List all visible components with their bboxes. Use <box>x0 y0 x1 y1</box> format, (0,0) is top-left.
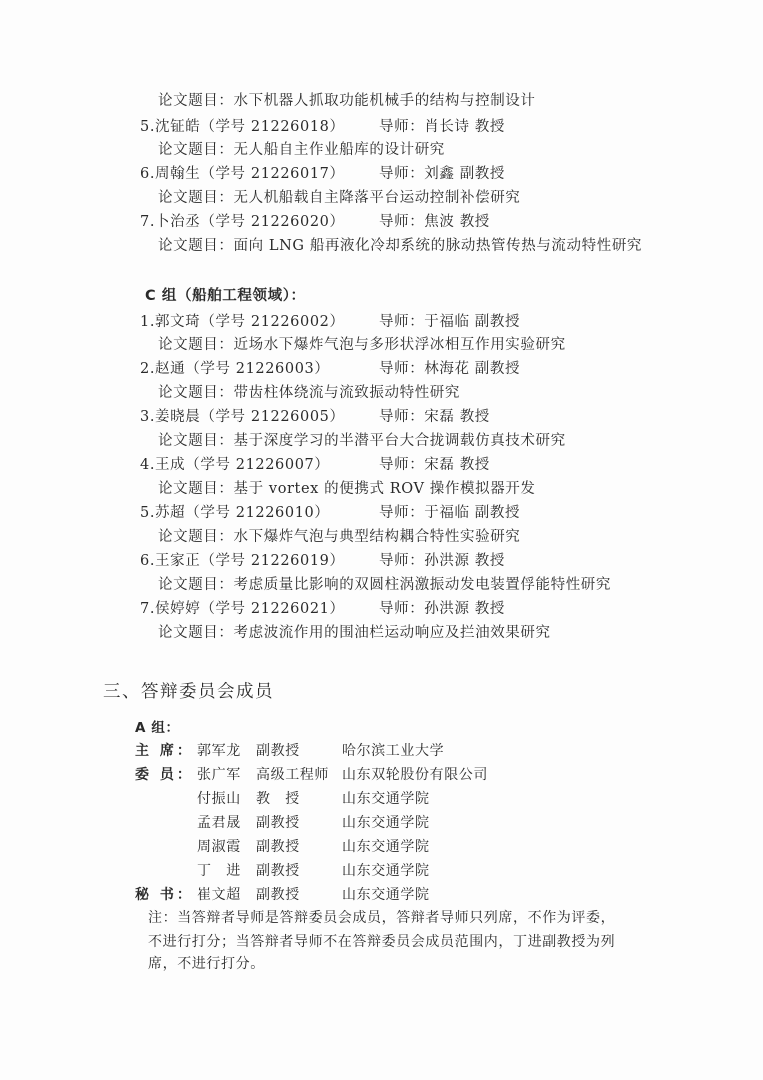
student-number: 5. <box>140 505 155 521</box>
member-org: 山东交通学院 <box>342 862 430 880</box>
thesis-title: 论文题目：基于 vortex 的便携式 ROV 操作模拟器开发 <box>158 480 536 498</box>
member-role: 秘 书： <box>135 886 195 904</box>
advisor: 导师：林海花 副教授 <box>379 360 520 378</box>
note-line: 注：当答辩者导师是答辩委员会成员，答辩者导师只列席，不作为评委， <box>148 909 615 927</box>
group-heading: C 组（船舶工程领域）： <box>145 287 306 305</box>
note-line: 席，不进行打分。 <box>148 955 265 973</box>
member-rank: 副教授 <box>256 862 300 880</box>
student-id: （学号 21226017） <box>200 166 344 182</box>
thesis-title: 论文题目：水下爆炸气泡与典型结构耦合特性实验研究 <box>158 528 520 546</box>
student-name: 侯婷婷 <box>155 601 200 617</box>
member-role: 委 员： <box>135 766 195 784</box>
student-number: 4. <box>140 457 155 473</box>
student-id: （学号 21226007） <box>185 457 329 473</box>
student-id: （学号 21226020） <box>200 214 344 230</box>
student-number: 6. <box>140 553 155 569</box>
student-entry: 6.王家正（学号 21226019） 导师：孙洪源 教授 <box>140 552 345 570</box>
note-line: 不进行打分；当答辩者导师不在答辩委员会成员范围内，丁进副教授为列 <box>148 933 615 951</box>
member-rank: 教 授 <box>256 790 300 808</box>
member-name: 丁 进 <box>197 862 257 880</box>
student-entry: 5.苏超（学号 21226010） 导师：于福临 副教授 <box>140 504 329 522</box>
student-name: 王家正 <box>155 553 200 569</box>
student-entry: 1.郭文琦（学号 21226002） 导师：于福临 副教授 <box>140 313 345 331</box>
advisor: 导师：焦波 教授 <box>379 213 490 231</box>
student-entry: 2.赵通（学号 21226003） 导师：林海花 副教授 <box>140 360 329 378</box>
member-rank: 副教授 <box>256 742 300 760</box>
student-name: 沈钲皓 <box>155 119 200 135</box>
advisor: 导师：孙洪源 教授 <box>379 552 505 570</box>
thesis-title: 论文题目：面向 LNG 船再液化冷却系统的脉动热管传热与流动特性研究 <box>158 237 642 255</box>
student-name: 姜晓晨 <box>155 409 200 425</box>
student-entry: 7.卜治丞（学号 21226020） 导师：焦波 教授 <box>140 213 345 231</box>
thesis-title: 论文题目：基于深度学习的半潜平台大合拢调载仿真技术研究 <box>158 432 566 450</box>
member-org: 哈尔滨工业大学 <box>342 742 444 760</box>
student-id: （学号 21226005） <box>200 409 344 425</box>
advisor: 导师：刘鑫 副教授 <box>379 165 505 183</box>
member-name: 付振山 <box>197 790 257 808</box>
advisor: 导师：宋磊 教授 <box>379 408 490 426</box>
member-org: 山东交通学院 <box>342 814 430 832</box>
student-id: （学号 21226019） <box>200 553 344 569</box>
thesis-title: 论文题目：近场水下爆炸气泡与多形状浮冰相互作用实验研究 <box>158 336 566 354</box>
advisor: 导师：宋磊 教授 <box>379 456 490 474</box>
thesis-title: 论文题目：无人机船载自主降落平台运动控制补偿研究 <box>158 189 520 207</box>
student-number: 5. <box>140 119 155 135</box>
member-role: 主 席： <box>135 742 195 760</box>
member-org: 山东交通学院 <box>342 886 430 904</box>
group-label: A 组： <box>135 719 180 737</box>
member-name: 崔文超 <box>197 886 257 904</box>
advisor: 导师：肖长诗 教授 <box>379 118 505 136</box>
student-id: （学号 21226018） <box>200 119 344 135</box>
member-name: 周淑霞 <box>197 838 257 856</box>
student-entry: 5.沈钲皓（学号 21226018） 导师：肖长诗 教授 <box>140 118 345 136</box>
advisor: 导师：于福临 副教授 <box>379 313 520 331</box>
student-id: （学号 21226021） <box>200 601 344 617</box>
student-entry: 4.王成（学号 21226007） 导师：宋磊 教授 <box>140 456 329 474</box>
student-number: 3. <box>140 409 155 425</box>
student-name: 王成 <box>155 457 185 473</box>
student-name: 周翰生 <box>155 166 200 182</box>
thesis-title: 论文题目：水下机器人抓取功能机械手的结构与控制设计 <box>158 92 536 110</box>
student-number: 7. <box>140 214 155 230</box>
student-name: 郭文琦 <box>155 314 200 330</box>
student-number: 2. <box>140 361 155 377</box>
student-id: （学号 21226010） <box>185 505 329 521</box>
student-name: 苏超 <box>155 505 185 521</box>
student-number: 1. <box>140 314 155 330</box>
student-number: 7. <box>140 601 155 617</box>
member-rank: 副教授 <box>256 838 300 856</box>
member-rank: 高级工程师 <box>256 766 329 784</box>
member-rank: 副教授 <box>256 814 300 832</box>
member-name: 孟君晟 <box>197 814 257 832</box>
advisor: 导师：孙洪源 教授 <box>379 600 505 618</box>
student-entry: 7.侯婷婷（学号 21226021） 导师：孙洪源 教授 <box>140 600 345 618</box>
thesis-title: 论文题目：考虑波流作用的围油栏运动响应及拦油效果研究 <box>158 624 551 642</box>
student-name: 赵通 <box>155 361 185 377</box>
student-id: （学号 21226003） <box>185 361 329 377</box>
student-entry: 6.周翰生（学号 21226017） 导师：刘鑫 副教授 <box>140 165 345 183</box>
student-number: 6. <box>140 166 155 182</box>
student-name: 卜治丞 <box>155 214 200 230</box>
member-rank: 副教授 <box>256 886 300 904</box>
member-name: 郭军龙 <box>197 742 257 760</box>
member-org: 山东双轮股份有限公司 <box>342 766 488 784</box>
student-entry: 3.姜晓晨（学号 21226005） 导师：宋磊 教授 <box>140 408 345 426</box>
advisor: 导师：于福临 副教授 <box>379 504 520 522</box>
student-id: （学号 21226002） <box>200 314 344 330</box>
member-org: 山东交通学院 <box>342 838 430 856</box>
member-name: 张广军 <box>197 766 257 784</box>
thesis-title: 论文题目：考虑质量比影响的双圆柱涡激振动发电装置俘能特性研究 <box>158 576 611 594</box>
section-heading: 三、答辩委员会成员 <box>103 683 274 701</box>
thesis-title: 论文题目：无人船自主作业船库的设计研究 <box>158 141 445 159</box>
member-org: 山东交通学院 <box>342 790 430 808</box>
thesis-title: 论文题目：带齿柱体绕流与流致振动特性研究 <box>158 384 460 402</box>
